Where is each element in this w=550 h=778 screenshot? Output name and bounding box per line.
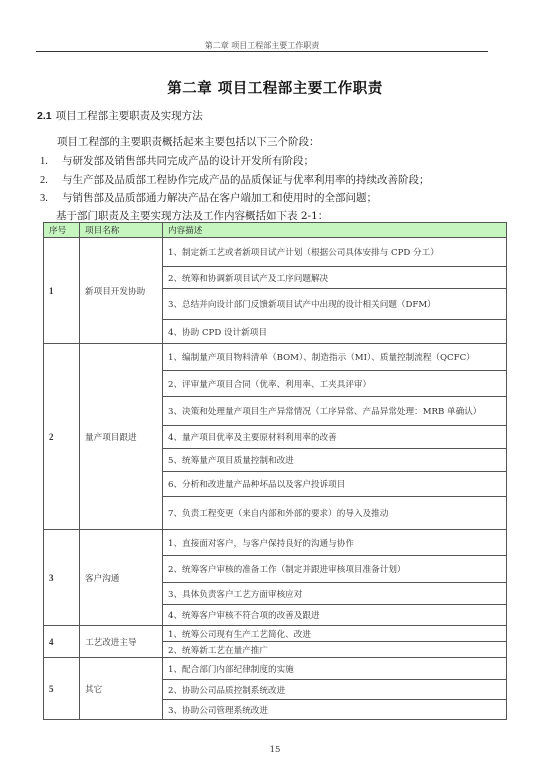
stage-number: 2. xyxy=(40,175,62,186)
intro-paragraph: 项目工程部的主要职责概括起来主要包括以下三个阶段： xyxy=(57,134,320,149)
table-header-row: 序号 项目名称 内容描述 xyxy=(44,223,507,238)
header-rule xyxy=(36,51,488,52)
table-row: 5其它1、配合部门内部纪律制度的实施 xyxy=(44,658,507,680)
stage-item: 2.与生产部及品质部工程协作完成产品的品质保证与优率利用率的持续改善阶段； xyxy=(40,172,430,187)
content-description: 4、统筹客户审核不符合项的改善及跟进 xyxy=(163,605,507,626)
stage-number: 3. xyxy=(40,193,62,204)
project-name: 新项目开发协助 xyxy=(80,238,163,344)
project-name: 其它 xyxy=(80,658,163,720)
row-number: 4 xyxy=(44,626,80,658)
content-description: 3、总结并向设计部门反馈新项目试产中出现的设计相关问题（DFM） xyxy=(163,289,507,320)
content-description: 7、负责工程变更（来自内部和外部的要求）的导入及推动 xyxy=(163,497,507,530)
stage-number: 1. xyxy=(40,156,62,167)
stage-item: 1.与研发部及销售部共同完成产品的设计开发所有阶段； xyxy=(40,153,314,168)
project-name: 客户沟通 xyxy=(80,530,163,626)
duty-table: 序号 项目名称 内容描述 1新项目开发协助1、制定新工艺或者新项目试产计划（根据… xyxy=(43,222,507,720)
row-number: 1 xyxy=(44,238,80,344)
section-heading: 2.1项目工程部主要职责及实现方法 xyxy=(37,108,203,123)
content-description: 3、决策和处理量产项目生产异常情况（工序异常、产品异常处理：MRB 单确认） xyxy=(163,397,507,426)
stage-text: 与销售部及品质部通力解决产品在客户端加工和使用时的全部问题； xyxy=(62,192,377,204)
header-no: 序号 xyxy=(44,223,80,238)
page-number: 15 xyxy=(0,745,550,755)
project-name: 量产项目跟进 xyxy=(80,344,163,530)
table-body: 1新项目开发协助1、制定新工艺或者新项目试产计划（根据公司具体安排与 CPD 分… xyxy=(44,238,507,720)
stage-text: 与生产部及品质部工程协作完成产品的品质保证与优率利用率的持续改善阶段； xyxy=(62,174,430,186)
header-name: 项目名称 xyxy=(80,223,163,238)
content-description: 2、评审量产项目合同（优率、利用率、工夹具评审） xyxy=(163,371,507,397)
content-description: 2、统筹客户审核的准备工作（制定并跟进审核项目准备计划） xyxy=(163,556,507,583)
stage-item: 3.与销售部及品质部通力解决产品在客户端加工和使用时的全部问题； xyxy=(40,190,377,205)
content-description: 2、统筹新工艺在量产推广 xyxy=(163,642,507,658)
content-description: 2、协助公司品质控制系统改进 xyxy=(163,680,507,700)
content-description: 1、制定新工艺或者新项目试产计划（根据公司具体安排与 CPD 分工） xyxy=(163,238,507,267)
content-description: 3、具体负责客户工艺方面审核应对 xyxy=(163,583,507,605)
content-description: 1、统筹公司现有生产工艺简化、改进 xyxy=(163,626,507,642)
content-description: 6、分析和改进量产品种坏品以及客户投诉项目 xyxy=(163,472,507,497)
running-header: 第二章 项目工程部主要工作职责 xyxy=(36,40,488,51)
table-row: 3客户沟通1、直接面对客户，与客户保持良好的沟通与协作 xyxy=(44,530,507,556)
row-number: 3 xyxy=(44,530,80,626)
chapter-title: 第二章 项目工程部主要工作职责 xyxy=(0,77,550,98)
stage-text: 与研发部及销售部共同完成产品的设计开发所有阶段； xyxy=(62,155,314,167)
content-description: 5、统筹量产项目质量控制和改进 xyxy=(163,449,507,472)
content-description: 4、量产项目优率及主要原材料利用率的改善 xyxy=(163,426,507,449)
table-row: 1新项目开发协助1、制定新工艺或者新项目试产计划（根据公司具体安排与 CPD 分… xyxy=(44,238,507,267)
header-desc: 内容描述 xyxy=(163,223,507,238)
row-number: 5 xyxy=(44,658,80,720)
content-description: 1、编制量产项目物料清单（BOM）、制造指示（MI）、质量控制流程（QCFC） xyxy=(163,344,507,371)
section-title: 项目工程部主要职责及实现方法 xyxy=(56,110,203,122)
table-row: 2量产项目跟进1、编制量产项目物料清单（BOM）、制造指示（MI）、质量控制流程… xyxy=(44,344,507,371)
content-description: 1、直接面对客户，与客户保持良好的沟通与协作 xyxy=(163,530,507,556)
table-intro: 基于部门职责及主要实现方法及工作内容概括如下表 2-1： xyxy=(56,208,328,223)
content-description: 3、协助公司管理系统改进 xyxy=(163,700,507,720)
project-name: 工艺改进主导 xyxy=(80,626,163,658)
section-number: 2.1 xyxy=(37,110,52,122)
content-description: 4、协助 CPD 设计新项目 xyxy=(163,320,507,344)
table-row: 4工艺改进主导1、统筹公司现有生产工艺简化、改进 xyxy=(44,626,507,642)
content-description: 2、统筹和协调新项目试产及工序问题解决 xyxy=(163,267,507,289)
content-description: 1、配合部门内部纪律制度的实施 xyxy=(163,658,507,680)
row-number: 2 xyxy=(44,344,80,530)
